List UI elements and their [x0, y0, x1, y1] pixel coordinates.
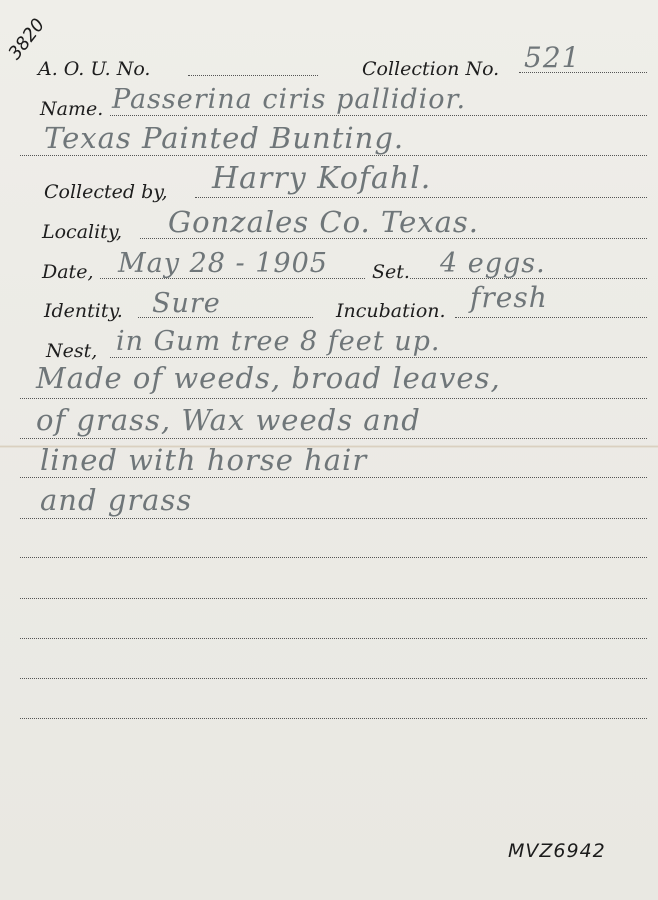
nest-label: Nest,	[46, 342, 97, 361]
corner-number: 3820	[6, 16, 48, 63]
aou-no-label: A. O. U. No.	[38, 60, 150, 79]
locality-label: Locality,	[42, 223, 122, 242]
name-rule-1	[110, 115, 647, 116]
locality-value: Gonzales Co. Texas.	[168, 208, 479, 237]
collected-by-rule	[195, 197, 647, 198]
incubation-value: fresh	[470, 284, 548, 312]
identity-label: Identity.	[44, 302, 123, 321]
blank-rule-2	[20, 598, 647, 599]
nest-value-line4: lined with horse hair	[40, 446, 367, 475]
nest-value-line1: in Gum tree 8 feet up.	[116, 328, 440, 355]
blank-rule-4	[20, 678, 647, 679]
collection-no-label: Collection No.	[362, 60, 499, 79]
date-value: May 28 - 1905	[118, 250, 328, 277]
blank-rule-3	[20, 638, 647, 639]
catalog-number: MVZ6942	[508, 842, 606, 861]
name-rule-2	[20, 155, 647, 156]
blank-rule-5	[20, 718, 647, 719]
nest-rule-5	[20, 518, 647, 519]
identity-value: Sure	[152, 290, 221, 317]
name-value-line2: Texas Painted Bunting.	[44, 124, 404, 153]
date-label: Date,	[42, 263, 93, 282]
nest-rule-3	[20, 438, 647, 439]
name-label: Name.	[40, 100, 103, 119]
nest-rule-1	[110, 357, 647, 358]
blank-rule-1	[20, 557, 647, 558]
nest-value-line2: Made of weeds, broad leaves,	[36, 364, 501, 393]
incubation-label: Incubation.	[336, 302, 446, 321]
collection-no-value: 521	[524, 44, 580, 72]
nest-value-line5: and grass	[40, 486, 192, 515]
collected-by-label: Collected by,	[44, 183, 168, 202]
nest-rule-4	[20, 477, 647, 478]
incubation-rule	[455, 317, 647, 318]
collected-by-value: Harry Kofahl.	[212, 164, 431, 194]
set-label: Set.	[372, 263, 410, 282]
nest-value-line3: of grass, Wax weeds and	[36, 406, 421, 435]
aou-no-rule	[188, 75, 318, 76]
nest-rule-2	[20, 398, 647, 399]
name-value-line1: Passerina ciris pallidior.	[112, 86, 466, 113]
egg-record-card: 3820 A. O. U. No. Collection No. 521 Nam…	[0, 0, 658, 900]
set-value: 4 eggs.	[440, 250, 546, 277]
